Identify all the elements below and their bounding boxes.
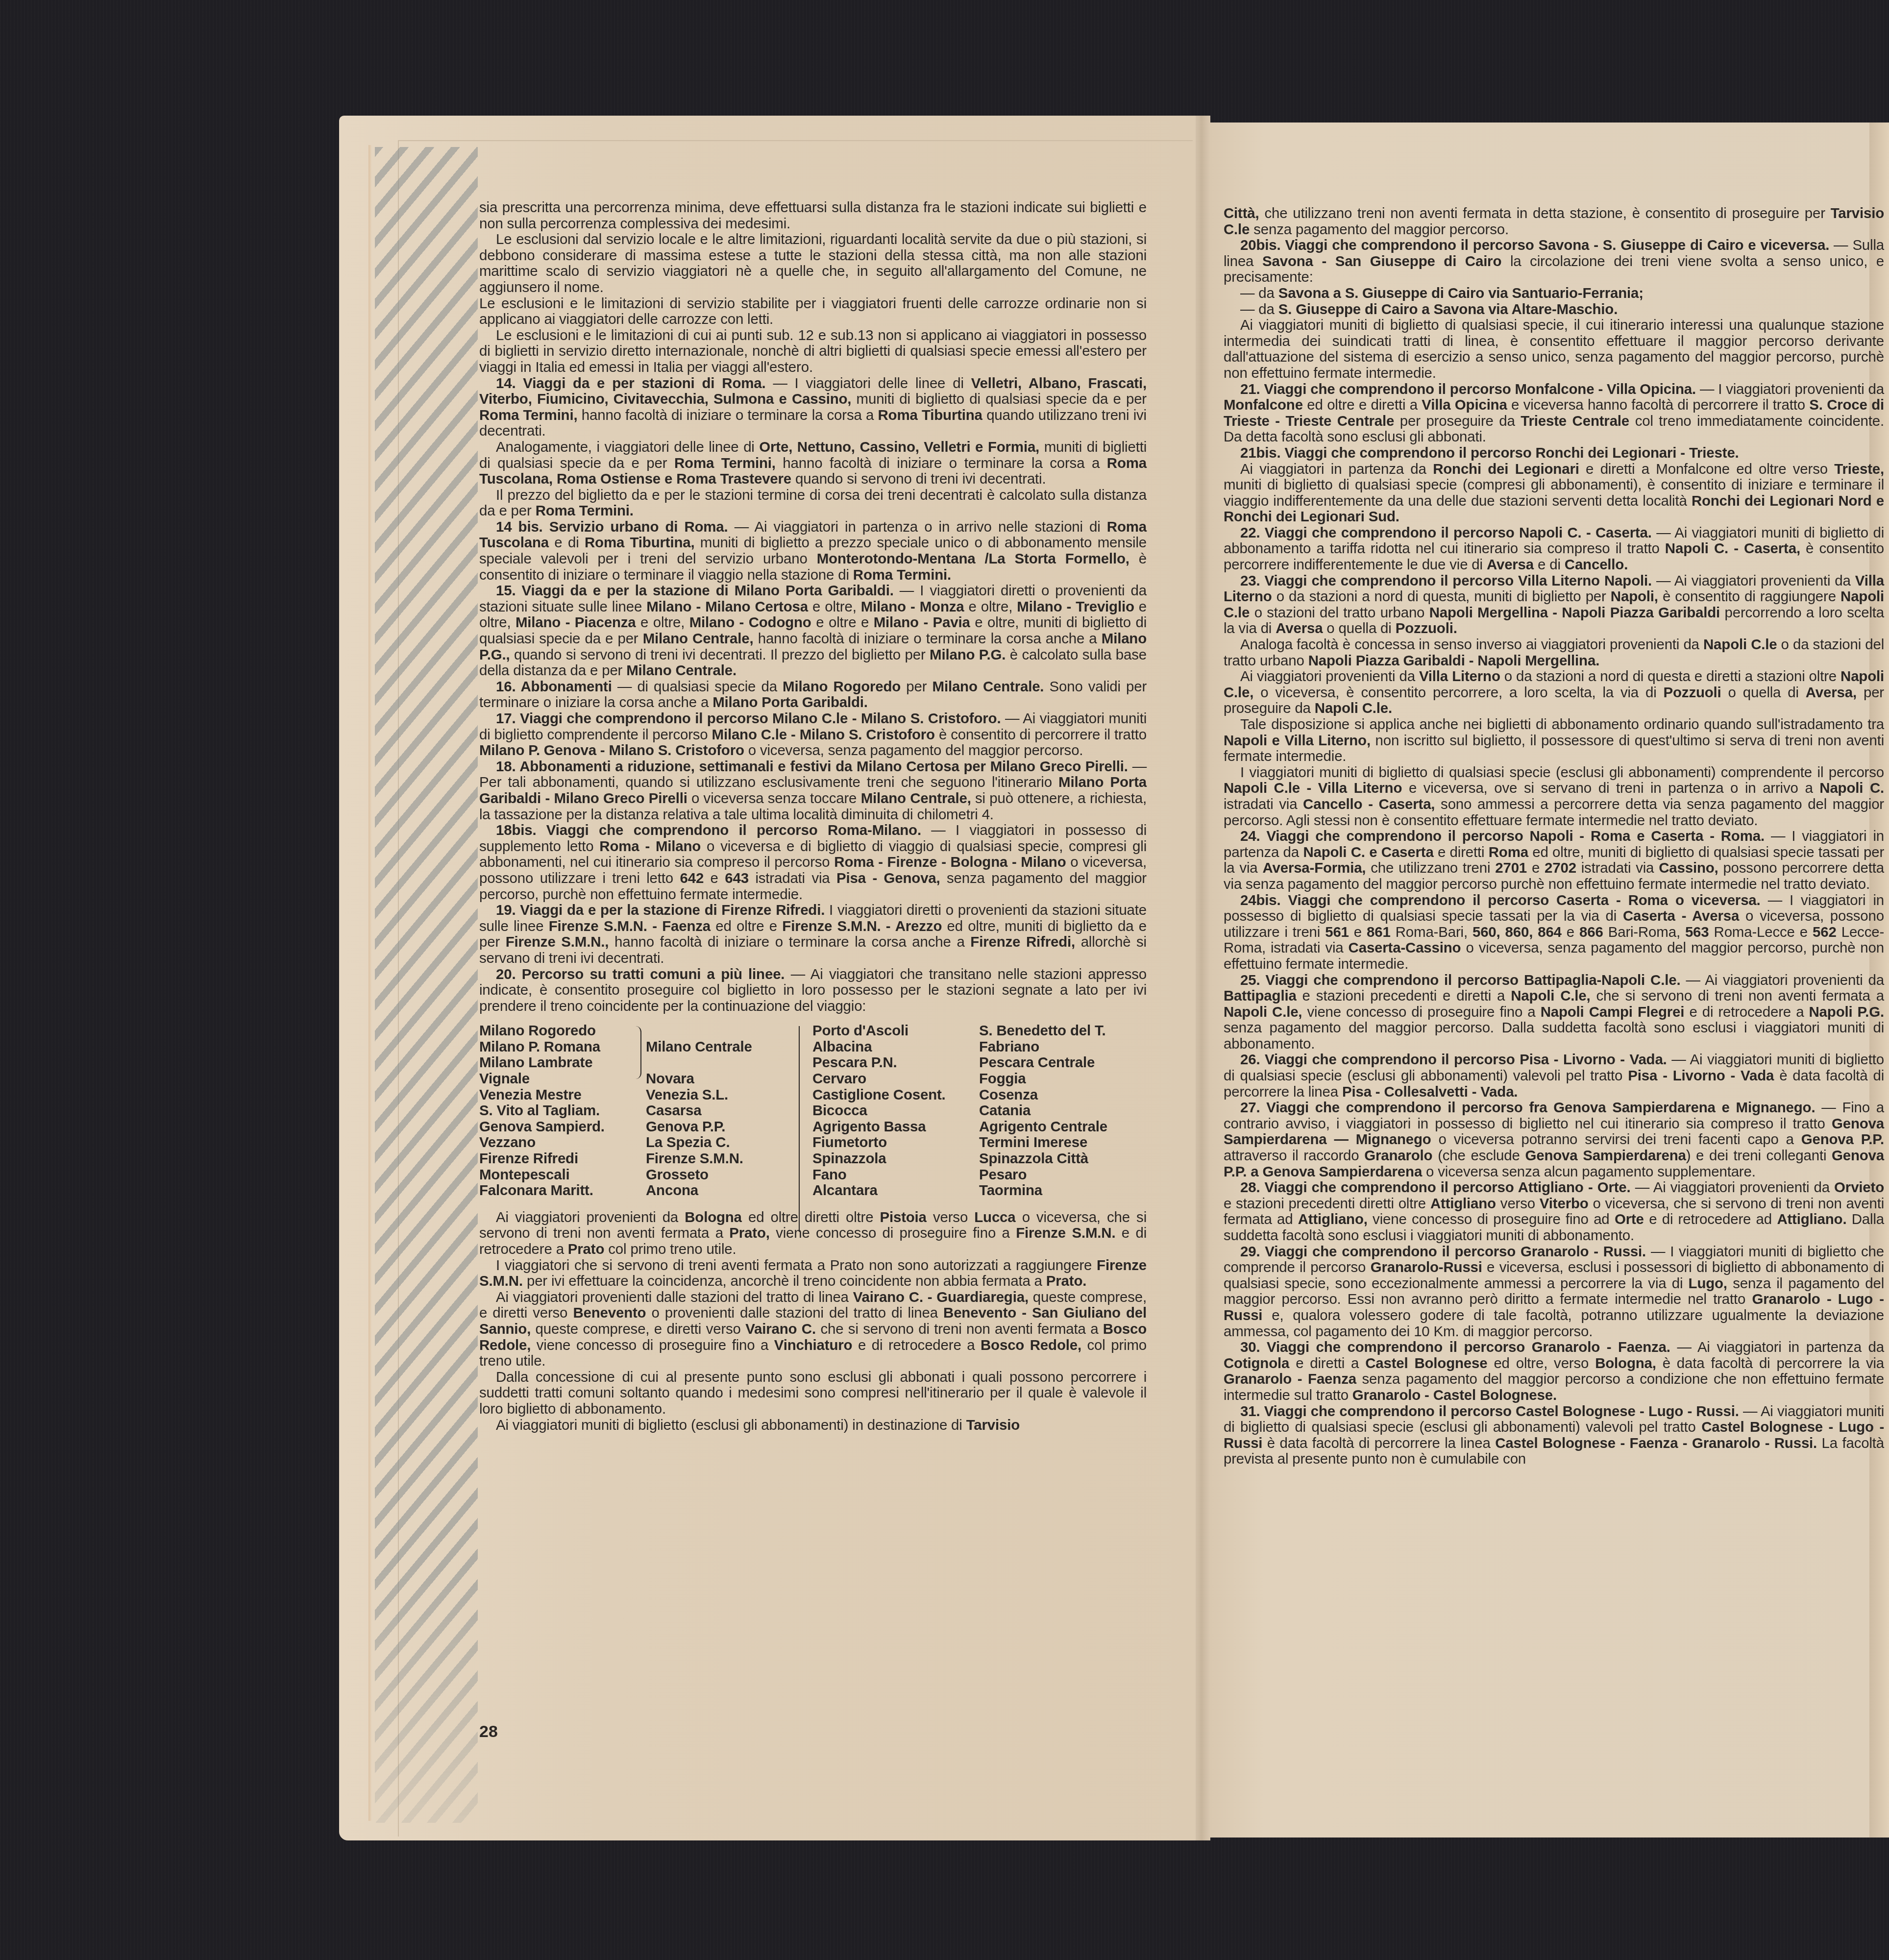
station-name: Vinchiaturo (774, 1337, 853, 1353)
text: I viaggiatori che si servono di treni av… (496, 1257, 1097, 1274)
station-cell: Fano (812, 1167, 979, 1183)
section-heading: 18. Abbonamenti a riduzione, settimanali… (496, 759, 1128, 775)
station-cell: Spinazzola Città (979, 1151, 1146, 1167)
section-heading: 25. Viaggi che comprendono il percorso B… (1240, 972, 1680, 988)
text: per ivi effettuare la coincidenza, ancor… (523, 1273, 1046, 1289)
station-name: Milano - Piacenza (515, 614, 636, 631)
paragraph: Ai viaggiatori muniti di biglietto di qu… (1224, 318, 1884, 381)
text: queste comprese, e diretti verso (531, 1321, 745, 1337)
text: ) e dei treni colleganti (1686, 1148, 1832, 1164)
text: o quella di (1323, 620, 1395, 637)
brace-bracket (634, 1026, 641, 1079)
text: Ai viaggiatori provenienti dalle stazion… (496, 1289, 853, 1305)
diagonal-stripe-margin (375, 147, 478, 1823)
station-name: Napoli Piazza Garibaldi - Napoli Mergell… (1308, 653, 1599, 669)
paragraph: Ai viaggiatori provenienti dalle stazion… (479, 1290, 1147, 1370)
station-cell: S. Vito al Tagliam. (479, 1103, 646, 1119)
text: e oltre, (808, 599, 861, 615)
paragraph: Il prezzo del biglietto da e per le staz… (479, 488, 1147, 519)
station-name: Ronchi dei Legionari (1433, 461, 1579, 477)
station-name: Roma Termini. (536, 503, 634, 519)
text: o viceversa, è consentito percorrere, a … (1253, 685, 1663, 701)
station-name: Tarvisio (966, 1417, 1020, 1433)
station-name: Pozzuoli (1664, 685, 1721, 701)
station-name: Milano - Milano Certosa (646, 599, 808, 615)
section-25: 25. Viaggi che comprendono il percorso B… (1224, 973, 1884, 1053)
station-name: Napoli Campi Flegrei (1541, 1004, 1685, 1020)
text: Ai viaggiatori provenienti da (496, 1209, 685, 1225)
station-name: Cotignola (1224, 1355, 1289, 1372)
station-name: Viterbo (1540, 1196, 1589, 1212)
text: viene concesso di proseguire fino a (1302, 1004, 1540, 1020)
text: e oltre, (636, 614, 689, 631)
station-name: Firenze S.M.N. - Faenza (549, 918, 711, 934)
section-heading: 18bis. Viaggi che comprendono il percors… (496, 822, 921, 838)
station-name: Napoli C.le, (1224, 1004, 1302, 1020)
paragraph: I viaggiatori muniti di biglietto di qua… (1224, 765, 1884, 829)
station-name: Orte, Nettuno, Cassino, Velletri e Formi… (759, 439, 1039, 455)
station-cell: Albacina (812, 1039, 979, 1055)
station-cell: Foggia (979, 1071, 1146, 1087)
station-name: Roma - Milano (599, 838, 701, 855)
station-name: Lucca (974, 1209, 1015, 1225)
text: quando si servono di treni ivi decentrat… (791, 471, 1046, 487)
station-name: Pisa - Collesalvetti - Vada. (1342, 1084, 1518, 1100)
station-name: Pisa - Genova, (836, 870, 940, 886)
text: — I viaggiatori provenienti da (1696, 381, 1884, 397)
text: e di (1534, 557, 1565, 573)
train-number: 643 (725, 870, 749, 886)
station-cell: Milano Rogoredo (479, 1023, 646, 1039)
station-name: Roma Tiburtina, (585, 535, 694, 551)
station-cell: Firenze S.M.N. (646, 1151, 812, 1167)
text: e di retrocedere a (1684, 1004, 1809, 1020)
station-name: Firenze S.M.N. - Arezzo (782, 918, 942, 934)
left-text-column: sia prescritta una percorrenza minima, d… (479, 200, 1147, 1433)
text: — da (1240, 285, 1278, 301)
text: — Ai viaggiatori in partenza da (1670, 1339, 1884, 1355)
station-name: Milano C.le - Milano S. Cristoforo (712, 727, 935, 743)
station-name: Milano Centrale. (626, 662, 736, 679)
paragraph: Analogamente, i viaggiatori delle linee … (479, 440, 1147, 488)
text: Analogamente, i viaggiatori delle linee … (496, 439, 759, 455)
text: e viceversa hanno facoltà di percorrere … (1507, 397, 1810, 413)
station-cell: Alcantara (812, 1183, 979, 1199)
page-number: 28 (479, 1722, 498, 1741)
train-number: 563 (1685, 924, 1709, 940)
station-cell: Cervaro (812, 1071, 979, 1087)
section-heading: 22. Viaggi che comprendono il percorso N… (1240, 525, 1652, 541)
text: — Ai viaggiatori provenienti da (1631, 1179, 1835, 1196)
text: e, qualora volessero godere di tale faco… (1224, 1307, 1884, 1340)
text: e stazioni precedenti e diretti a (1297, 988, 1511, 1004)
text: Ai viaggiatori in partenza da (1240, 461, 1433, 477)
paragraph: I viaggiatori che si servono di treni av… (479, 1258, 1147, 1290)
text: o da stazioni a nord di questa e diretti… (1500, 668, 1840, 685)
text: hanno facoltà di iniziare o terminare la… (577, 407, 878, 423)
station-name: Prato. (1046, 1273, 1086, 1289)
text: e stazioni precedenti diretti oltre (1224, 1196, 1430, 1212)
text: I viaggiatori muniti di biglietto di qua… (1240, 764, 1884, 781)
station-cell: Pescara Centrale (979, 1055, 1146, 1071)
station-name: Cancello - Caserta, (1303, 796, 1435, 812)
station-name: Attigliano, (1298, 1211, 1368, 1227)
station-cell: Castiglione Cosent. (812, 1087, 979, 1103)
section-20bis: 20bis. Viaggi che comprendono il percors… (1224, 238, 1884, 286)
station-name: Milano Centrale, (643, 631, 754, 647)
station-name: Cancello. (1565, 557, 1628, 573)
paragraph: Ai viaggiatori provenienti da Villa Lite… (1224, 669, 1884, 717)
section-heading: 16. Abbonamenti (496, 679, 612, 695)
section-14bis: 14 bis. Servizio urbano di Roma. — Ai vi… (479, 519, 1147, 583)
station-name: Roma Termini. (853, 567, 951, 583)
section-heading: 20bis. Viaggi che comprendono il percors… (1240, 237, 1829, 253)
text: ed oltre e diretti a (1303, 397, 1422, 413)
section-16: 16. Abbonamenti — di qualsiasi specie da… (479, 679, 1147, 711)
station-name: Napoli C. - Caserta, (1665, 540, 1800, 557)
text: hanno facoltà di iniziare o terminare la… (753, 631, 1101, 647)
section-24: 24. Viaggi che comprendono il percorso N… (1224, 829, 1884, 892)
station-name: Firenze S.M.N. (1016, 1225, 1115, 1241)
station-name: Granarolo - Castel Bolognese. (1352, 1387, 1557, 1403)
text: istradati via (1224, 796, 1303, 812)
section-heading: 31. Viaggi che comprendono il percorso C… (1240, 1403, 1739, 1420)
paragraph: Dalla concessione di cui al presente pun… (479, 1370, 1147, 1418)
station-name: Vairano C. (745, 1321, 816, 1337)
section-22: 22. Viaggi che comprendono il percorso N… (1224, 525, 1884, 573)
station-name: Villa Literno (1419, 668, 1500, 685)
station-name: Aversa-Formia, (1262, 860, 1366, 876)
section-heading: 26. Viaggi che comprendono il percorso P… (1240, 1052, 1667, 1068)
station-name: Firenze Rifredi, (970, 934, 1075, 950)
section-23: 23. Viaggi che comprendono il percorso V… (1224, 573, 1884, 637)
station-name: Trieste, (1834, 461, 1884, 477)
station-cell (646, 1055, 812, 1071)
text: e (704, 870, 725, 886)
text: istradati via (1576, 860, 1659, 876)
station-name: Villa Opicina (1422, 397, 1507, 413)
station-name: Milano - Codogno (689, 614, 811, 631)
paragraph: Ai viaggiatori provenienti da Bologna ed… (479, 1210, 1147, 1258)
paragraph: sia prescritta una percorrenza minima, d… (479, 200, 1147, 232)
station-cell: Agrigento Bassa (812, 1119, 979, 1135)
station-name: Savona - San Giuseppe di Cairo (1262, 253, 1501, 269)
station-name: Milano Porta Garibaldi. (712, 694, 868, 710)
station-name: Castel Bolognese (1365, 1355, 1487, 1372)
section-20: 20. Percorso su tratti comuni a più line… (479, 967, 1147, 1015)
station-cell: Venezia Mestre (479, 1087, 646, 1103)
station-cell: Porto d'Ascoli (812, 1023, 979, 1039)
station-name: Napoli C.le - Villa Literno (1224, 780, 1402, 796)
text: Analoga facoltà è concessa in senso inve… (1240, 637, 1703, 653)
station-name: Attigliano (1430, 1196, 1496, 1212)
text: istradati via (749, 870, 836, 886)
station-name: Bologna, (1595, 1355, 1656, 1372)
station-name: Pistoia (880, 1209, 927, 1225)
train-number: 561 (1325, 924, 1349, 940)
text: — di qualsiasi specie da (612, 679, 783, 695)
section-27: 27. Viaggi che comprendono il percorso f… (1224, 1100, 1884, 1180)
text: e di retrocedere ad (1644, 1211, 1777, 1227)
text: o provenienti dalle stazioni del tratto … (646, 1305, 943, 1321)
station-name: Orvieto (1834, 1179, 1884, 1196)
text: (che esclude (1432, 1148, 1525, 1164)
station-name: Bologna (685, 1209, 742, 1225)
station-name: Milano - Monza (861, 599, 964, 615)
station-name: Roma Termini, (479, 407, 577, 423)
page-edge-stain (368, 145, 371, 1821)
station-name: Milano Rogoredo (783, 679, 901, 695)
section-24bis: 24bis. Viaggi che comprendono il percors… (1224, 893, 1884, 973)
text: Ai viaggiatori provenienti da (1240, 668, 1419, 685)
station-name: Aversa (1487, 557, 1534, 573)
book-spine (1196, 116, 1210, 1840)
station-cell: Agrigento Centrale (979, 1119, 1146, 1135)
section-heading: 27. Viaggi che comprendono il percorso f… (1240, 1100, 1815, 1116)
text: e (1527, 860, 1545, 876)
section-heading: 21bis. Viaggi che comprendono il percors… (1240, 445, 1739, 461)
text: o da stazioni a nord di questa, muniti d… (1272, 588, 1611, 605)
station-cell: Cosenza (979, 1087, 1146, 1103)
station-cell: Casarsa (646, 1103, 812, 1119)
station-name: Prato (568, 1241, 604, 1257)
station-cell: S. Benedetto del T. (979, 1023, 1146, 1039)
text: e di retrocedere a (852, 1337, 981, 1353)
train-number: 562 (1813, 924, 1837, 940)
station-name: Aversa (1276, 620, 1323, 637)
train-number: 2702 (1545, 860, 1576, 876)
station-cell: Vezzano (479, 1135, 646, 1151)
list-item: — da Savona a S. Giuseppe di Cairo via S… (1224, 286, 1884, 302)
station-cell: Fabriano (979, 1039, 1146, 1055)
section-heading: 24bis. Viaggi che comprendono il percors… (1240, 892, 1761, 908)
section-21bis: 21bis. Viaggi che comprendono il percors… (1224, 445, 1884, 462)
section-18bis: 18bis. Viaggi che comprendono il percors… (479, 823, 1147, 903)
station-name: Milano - Pavia (874, 614, 970, 631)
station-name: Genova P.P. (1801, 1131, 1884, 1148)
text: — Ai viaggiatori provenienti da (1680, 972, 1884, 988)
text: — da (1240, 301, 1278, 318)
text: è consentito di raggiungere (1658, 588, 1840, 605)
paragraph: Ai viaggiatori muniti di biglietto (escl… (479, 1418, 1147, 1434)
station-name: Aversa, (1806, 685, 1857, 701)
text: che si servono di treni non aventi ferma… (816, 1321, 1103, 1337)
station-cell: Venezia S.L. (646, 1087, 812, 1103)
station-name: Genova Sampierdarena (1525, 1148, 1686, 1164)
station-cell: Pesaro (979, 1167, 1146, 1183)
text: hanno facoltà di iniziare o terminare la… (776, 455, 1107, 471)
station-name: S. Giuseppe di Cairo a Savona via Altare… (1278, 301, 1618, 318)
text: viene concesso di proseguire fino a (531, 1337, 774, 1353)
station-name: Attigliano. (1777, 1211, 1846, 1227)
station-name: Pisa - Livorno - Vada (1628, 1068, 1774, 1084)
station-name: Firenze S.M.N., (506, 934, 609, 950)
station-name: Roma Termini, (674, 455, 776, 471)
station-name: Benevento (573, 1305, 646, 1321)
text: Tale disposizione si applica anche nei b… (1240, 716, 1884, 733)
station-cell: Grosseto (646, 1167, 812, 1183)
text: o viceversa senza alcun pagamento supple… (1422, 1164, 1756, 1180)
text: muniti di biglietto di qualsiasi specie … (851, 391, 1147, 407)
text: e oltre e (811, 614, 874, 631)
train-number: 861 (1367, 924, 1391, 940)
station-cell: Montepescali (479, 1167, 646, 1183)
station-cell: Spinazzola (812, 1151, 979, 1167)
text: ed oltre, verso (1487, 1355, 1595, 1372)
text: e viceversa, ove si servano di treni in … (1402, 780, 1819, 796)
paragraph: Tale disposizione si applica anche nei b… (1224, 717, 1884, 765)
station-cell: Milano Centrale (646, 1039, 812, 1055)
text: senza pagamento del maggior percorso. (1250, 221, 1509, 238)
station-name: Monfalcone (1224, 397, 1303, 413)
station-cell: Taormina (979, 1183, 1146, 1199)
section-heading: 15. Viaggi da e per la stazione di Milan… (496, 583, 894, 599)
station-name: Napoli C.le. (1315, 700, 1392, 716)
station-name: Trieste Centrale (1521, 413, 1629, 429)
station-cell: Genova Sampierd. (479, 1119, 646, 1135)
station-name: Napoli P.G. (1809, 1004, 1884, 1020)
paragraph: Le esclusioni e le limitazioni di serviz… (479, 296, 1147, 328)
right-text-column: Città, che utilizzano treni non aventi f… (1224, 206, 1884, 1468)
text: verso (927, 1209, 974, 1225)
text: attraverso il raccordo (1224, 1148, 1364, 1164)
section-heading: 14 bis. Servizio urbano di Roma. (496, 519, 728, 535)
text: senza pagamento del maggior percorso. Da… (1224, 1020, 1884, 1052)
station-name: Vairano C. - Guardiaregia, (853, 1289, 1029, 1305)
text: quando si servono di treni ivi decentrat… (510, 647, 930, 663)
section-28: 28. Viaggi che comprendono il percorso A… (1224, 1180, 1884, 1244)
station-name: Pozzuoli. (1396, 620, 1457, 637)
station-cell: Catania (979, 1103, 1146, 1119)
column-divider (799, 1026, 800, 1232)
section-heading: 19. Viaggi da e per la stazione di Firen… (496, 902, 825, 918)
station-name: Roma (1489, 844, 1528, 860)
text: Roma-Bari, (1391, 924, 1472, 940)
station-cell: Fiumetorto (812, 1135, 979, 1151)
text: e (1562, 924, 1579, 940)
text: Bari-Roma, (1603, 924, 1685, 940)
station-cell: Milano P. Romana (479, 1039, 646, 1055)
stations-table: Milano RogoredoPorto d'AscoliS. Benedett… (479, 1023, 1147, 1199)
section-heading: 21. Viaggi che comprendono il percorso M… (1240, 381, 1696, 397)
text: e diretti (1434, 844, 1489, 860)
station-name: Savona a S. Giuseppe di Cairo via Santua… (1278, 285, 1644, 301)
station-name: Milano P. Genova - Milano S. Cristoforo (479, 742, 744, 759)
station-name: Milano - Treviglio (1017, 599, 1134, 615)
station-name: Città, (1224, 205, 1259, 221)
text: o quella di (1721, 685, 1806, 701)
section-18: 18. Abbonamenti a riduzione, settimanali… (479, 759, 1147, 823)
station-name: Napoli, (1611, 588, 1658, 605)
station-name: Napoli C. e Caserta (1303, 844, 1433, 860)
station-name: Milano P.G. (930, 647, 1006, 663)
station-name: Caserta-Cassino (1349, 940, 1461, 956)
station-cell: Termini Imerese (979, 1135, 1146, 1151)
station-cell: Firenze Rifredi (479, 1151, 646, 1167)
section-heading: 30. Viaggi che comprendono il percorso G… (1240, 1339, 1670, 1355)
text: — Ai viaggiatori provenienti da (1652, 573, 1855, 589)
text: col primo treno utile. (604, 1241, 736, 1257)
text: e diretti a Monfalcone ed oltre verso (1579, 461, 1835, 477)
text: che utilizzano treni non aventi fermata … (1259, 205, 1831, 221)
station-cell: Genova P.P. (646, 1119, 812, 1135)
section-heading: 24. Viaggi che comprendono il percorso N… (1240, 828, 1765, 844)
section-heading: 29. Viaggi che comprendono il percorso G… (1240, 1244, 1646, 1260)
train-number: 2701 (1495, 860, 1527, 876)
station-name: Granarolo - Faenza (1224, 1371, 1356, 1387)
text: o viceversa potranno servirsi dei treni … (1431, 1131, 1801, 1148)
text: e oltre, (964, 599, 1017, 615)
list-item: — da S. Giuseppe di Cairo a Savona via A… (1224, 302, 1884, 318)
station-name: Bosco Redole, (981, 1337, 1081, 1353)
section-15: 15. Viaggi da e per la stazione di Milan… (479, 583, 1147, 679)
section-14: 14. Viaggi da e per stazioni di Roma. — … (479, 376, 1147, 440)
station-name: Milano Centrale, (861, 790, 971, 807)
station-name: Prato, (729, 1225, 769, 1241)
paragraph: Le esclusioni e le limitazioni di cui ai… (479, 328, 1147, 376)
station-cell (646, 1023, 812, 1039)
text: e (1349, 924, 1367, 940)
station-name: Napoli e Villa Literno, (1224, 733, 1371, 749)
station-name: Roma Tiburtina (878, 407, 982, 423)
train-number: 642 (680, 870, 704, 886)
section-heading: 17. Viaggi che comprendono il percorso M… (496, 710, 1001, 727)
text: Ai viaggiatori muniti di biglietto (escl… (496, 1417, 966, 1433)
text: verso (1496, 1196, 1540, 1212)
text: che utilizzano treni (1366, 860, 1495, 876)
text: — Ai viaggiatori in partenza o in arrivo… (728, 519, 1107, 535)
section-heading: 20. Percorso su tratti comuni a più line… (496, 966, 785, 982)
section-26: 26. Viaggi che comprendono il percorso P… (1224, 1052, 1884, 1100)
text: o viceversa senza toccare (687, 790, 861, 807)
station-name: Napoli Mergellina - Napoli Piazza Gariba… (1429, 605, 1720, 621)
text: viene concesso di proseguire fino ad (1368, 1211, 1615, 1227)
train-number: 866 (1579, 924, 1603, 940)
station-cell: Vignale (479, 1071, 646, 1087)
text: ed oltre diretti oltre (742, 1209, 880, 1225)
station-cell: Bicocca (812, 1103, 979, 1119)
text: che si servono di treni non aventi ferma… (1591, 988, 1884, 1004)
paragraph: Ai viaggiatori in partenza da Ronchi dei… (1224, 462, 1884, 525)
text: e diretti a (1289, 1355, 1365, 1372)
text: ed oltre e (711, 918, 782, 934)
text: Roma-Lecce e (1709, 924, 1813, 940)
section-heading: 23. Viaggi che comprendono il percorso V… (1240, 573, 1652, 589)
station-cell: Milano Lambrate (479, 1055, 646, 1071)
text: per (901, 679, 932, 695)
text: per proseguire da (1394, 413, 1521, 429)
station-name: Milano Centrale. (932, 679, 1044, 695)
paragraph: Città, che utilizzano treni non aventi f… (1224, 206, 1884, 238)
station-name: Napoli C. (1819, 780, 1884, 796)
text: è consentito di percorrere il tratto (935, 727, 1147, 743)
section-21: 21. Viaggi che comprendono il percorso M… (1224, 382, 1884, 445)
text: e di (549, 535, 585, 551)
text: o stazioni del tratto urbano (1250, 605, 1429, 621)
station-name: Monterotondo-Mentana /La Storta Formello… (817, 551, 1129, 567)
text: viene concesso di proseguire fino a (770, 1225, 1016, 1241)
station-cell: Novara (646, 1071, 812, 1087)
station-name: Roma - Firenze - Bologna - Milano (834, 854, 1066, 870)
section-17: 17. Viaggi che comprendono il percorso M… (479, 711, 1147, 759)
station-name: Napoli C.le, (1511, 988, 1590, 1004)
station-name: Orte (1615, 1211, 1644, 1227)
section-heading: 28. Viaggi che comprendono il percorso A… (1240, 1179, 1631, 1196)
station-name: Granarolo (1364, 1148, 1432, 1164)
section-heading: 14. Viaggi da e per stazioni di Roma. (496, 375, 765, 392)
text: è data facoltà di percorrere la linea (1262, 1435, 1495, 1451)
text: o viceversa, senza pagamento del maggior… (744, 742, 1083, 759)
